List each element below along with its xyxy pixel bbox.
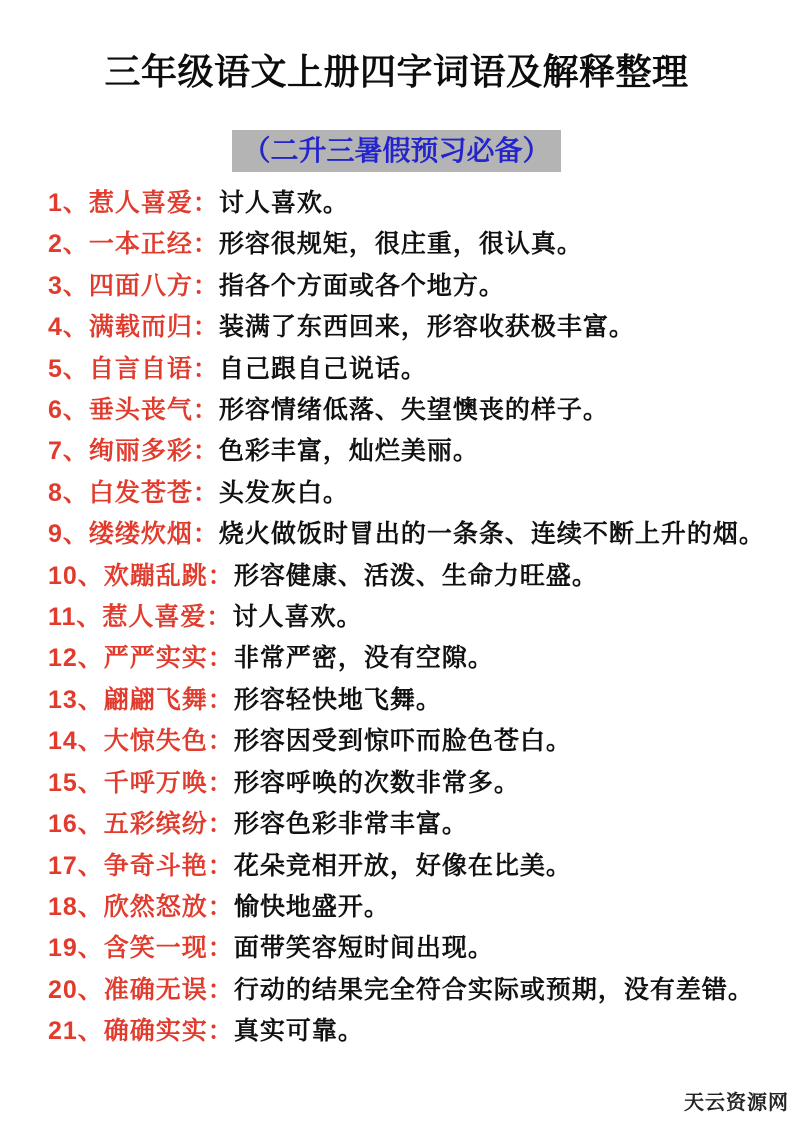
idiom-definition: 头发灰白。 [219, 479, 349, 507]
idiom-list: 1、惹人喜爱：讨人喜欢。2、一本正经：形容很规矩，很庄重，很认真。3、四面八方：… [48, 183, 793, 1053]
idiom-label: 2、一本正经： [48, 230, 219, 258]
worksheet-page: 三年级语文上册四字词语及解释整理 （二升三暑假预习必备） 1、惹人喜爱：讨人喜欢… [0, 0, 793, 1122]
idiom-label: 1、惹人喜爱： [48, 189, 219, 217]
idiom-definition: 面带笑容短时间出现。 [234, 934, 494, 962]
list-item: 4、满载而归：装满了东西回来，形容收获极丰富。 [48, 307, 793, 348]
list-item: 2、一本正经：形容很规矩，很庄重，很认真。 [48, 224, 793, 265]
page-title: 三年级语文上册四字词语及解释整理 [0, 50, 793, 94]
idiom-label: 3、四面八方： [48, 272, 219, 300]
list-item: 17、争奇斗艳：花朵竞相开放，好像在比美。 [48, 846, 793, 887]
list-item: 11、惹人喜爱：讨人喜欢。 [48, 597, 793, 638]
idiom-definition: 非常严密，没有空隙。 [234, 644, 494, 672]
list-item: 18、欣然怒放：愉快地盛开。 [48, 887, 793, 928]
idiom-definition: 形容呼唤的次数非常多。 [234, 769, 520, 797]
list-item: 7、绚丽多彩：色彩丰富，灿烂美丽。 [48, 431, 793, 472]
subtitle-row: （二升三暑假预习必备） [0, 130, 793, 172]
idiom-label: 8、白发苍苍： [48, 479, 219, 507]
idiom-label: 11、惹人喜爱： [48, 603, 232, 631]
list-item: 15、千呼万唤：形容呼唤的次数非常多。 [48, 763, 793, 804]
list-item: 10、欢蹦乱跳：形容健康、活泼、生命力旺盛。 [48, 556, 793, 597]
idiom-label: 9、缕缕炊烟： [48, 520, 219, 548]
list-item: 12、严严实实：非常严密，没有空隙。 [48, 638, 793, 679]
idiom-definition: 愉快地盛开。 [234, 893, 390, 921]
list-item: 20、准确无误：行动的结果完全符合实际或预期，没有差错。 [48, 970, 793, 1011]
list-item: 9、缕缕炊烟：烧火做饭时冒出的一条条、连续不断上升的烟。 [48, 514, 793, 555]
idiom-label: 7、绚丽多彩： [48, 437, 219, 465]
idiom-label: 21、确确实实： [48, 1017, 234, 1045]
list-item: 21、确确实实：真实可靠。 [48, 1011, 793, 1052]
idiom-definition: 形容轻快地飞舞。 [234, 686, 442, 714]
idiom-label: 12、严严实实： [48, 644, 234, 672]
idiom-label: 15、千呼万唤： [48, 769, 234, 797]
list-item: 19、含笑一现：面带笑容短时间出现。 [48, 928, 793, 969]
idiom-definition: 形容因受到惊吓而脸色苍白。 [234, 727, 572, 755]
idiom-label: 17、争奇斗艳： [48, 852, 234, 880]
idiom-definition: 花朵竞相开放，好像在比美。 [234, 852, 572, 880]
idiom-definition: 形容色彩非常丰富。 [234, 810, 468, 838]
idiom-definition: 形容很规矩，很庄重，很认真。 [219, 230, 583, 258]
idiom-definition: 色彩丰富，灿烂美丽。 [219, 437, 479, 465]
list-item: 1、惹人喜爱：讨人喜欢。 [48, 183, 793, 224]
idiom-label: 19、含笑一现： [48, 934, 234, 962]
idiom-definition: 真实可靠。 [234, 1017, 364, 1045]
list-item: 6、垂头丧气：形容情绪低落、失望懊丧的样子。 [48, 390, 793, 431]
idiom-definition: 讨人喜欢。 [219, 189, 349, 217]
idiom-definition: 形容健康、活泼、生命力旺盛。 [234, 562, 598, 590]
idiom-definition: 指各个方面或各个地方。 [219, 272, 505, 300]
idiom-label: 14、大惊失色： [48, 727, 234, 755]
idiom-label: 4、满载而归： [48, 313, 219, 341]
list-item: 3、四面八方：指各个方面或各个地方。 [48, 266, 793, 307]
idiom-label: 20、准确无误： [48, 976, 234, 1004]
idiom-label: 10、欢蹦乱跳： [48, 562, 234, 590]
list-item: 5、自言自语：自己跟自己说话。 [48, 349, 793, 390]
idiom-definition: 装满了东西回来，形容收获极丰富。 [219, 313, 635, 341]
idiom-definition: 形容情绪低落、失望懊丧的样子。 [219, 396, 609, 424]
idiom-label: 5、自言自语： [48, 355, 219, 383]
idiom-definition: 自己跟自己说话。 [219, 355, 427, 383]
idiom-label: 6、垂头丧气： [48, 396, 219, 424]
idiom-definition: 讨人喜欢。 [232, 603, 362, 631]
subtitle-badge: （二升三暑假预习必备） [232, 130, 560, 172]
idiom-definition: 烧火做饭时冒出的一条条、连续不断上升的烟。 [219, 520, 765, 548]
list-item: 8、白发苍苍：头发灰白。 [48, 473, 793, 514]
idiom-label: 16、五彩缤纷： [48, 810, 234, 838]
list-item: 13、翩翩飞舞：形容轻快地飞舞。 [48, 680, 793, 721]
list-item: 16、五彩缤纷：形容色彩非常丰富。 [48, 804, 793, 845]
idiom-definition: 行动的结果完全符合实际或预期，没有差错。 [234, 976, 754, 1004]
watermark-text: 天云资源网 [684, 1092, 789, 1114]
idiom-label: 13、翩翩飞舞： [48, 686, 234, 714]
idiom-label: 18、欣然怒放： [48, 893, 234, 921]
list-item: 14、大惊失色：形容因受到惊吓而脸色苍白。 [48, 721, 793, 762]
